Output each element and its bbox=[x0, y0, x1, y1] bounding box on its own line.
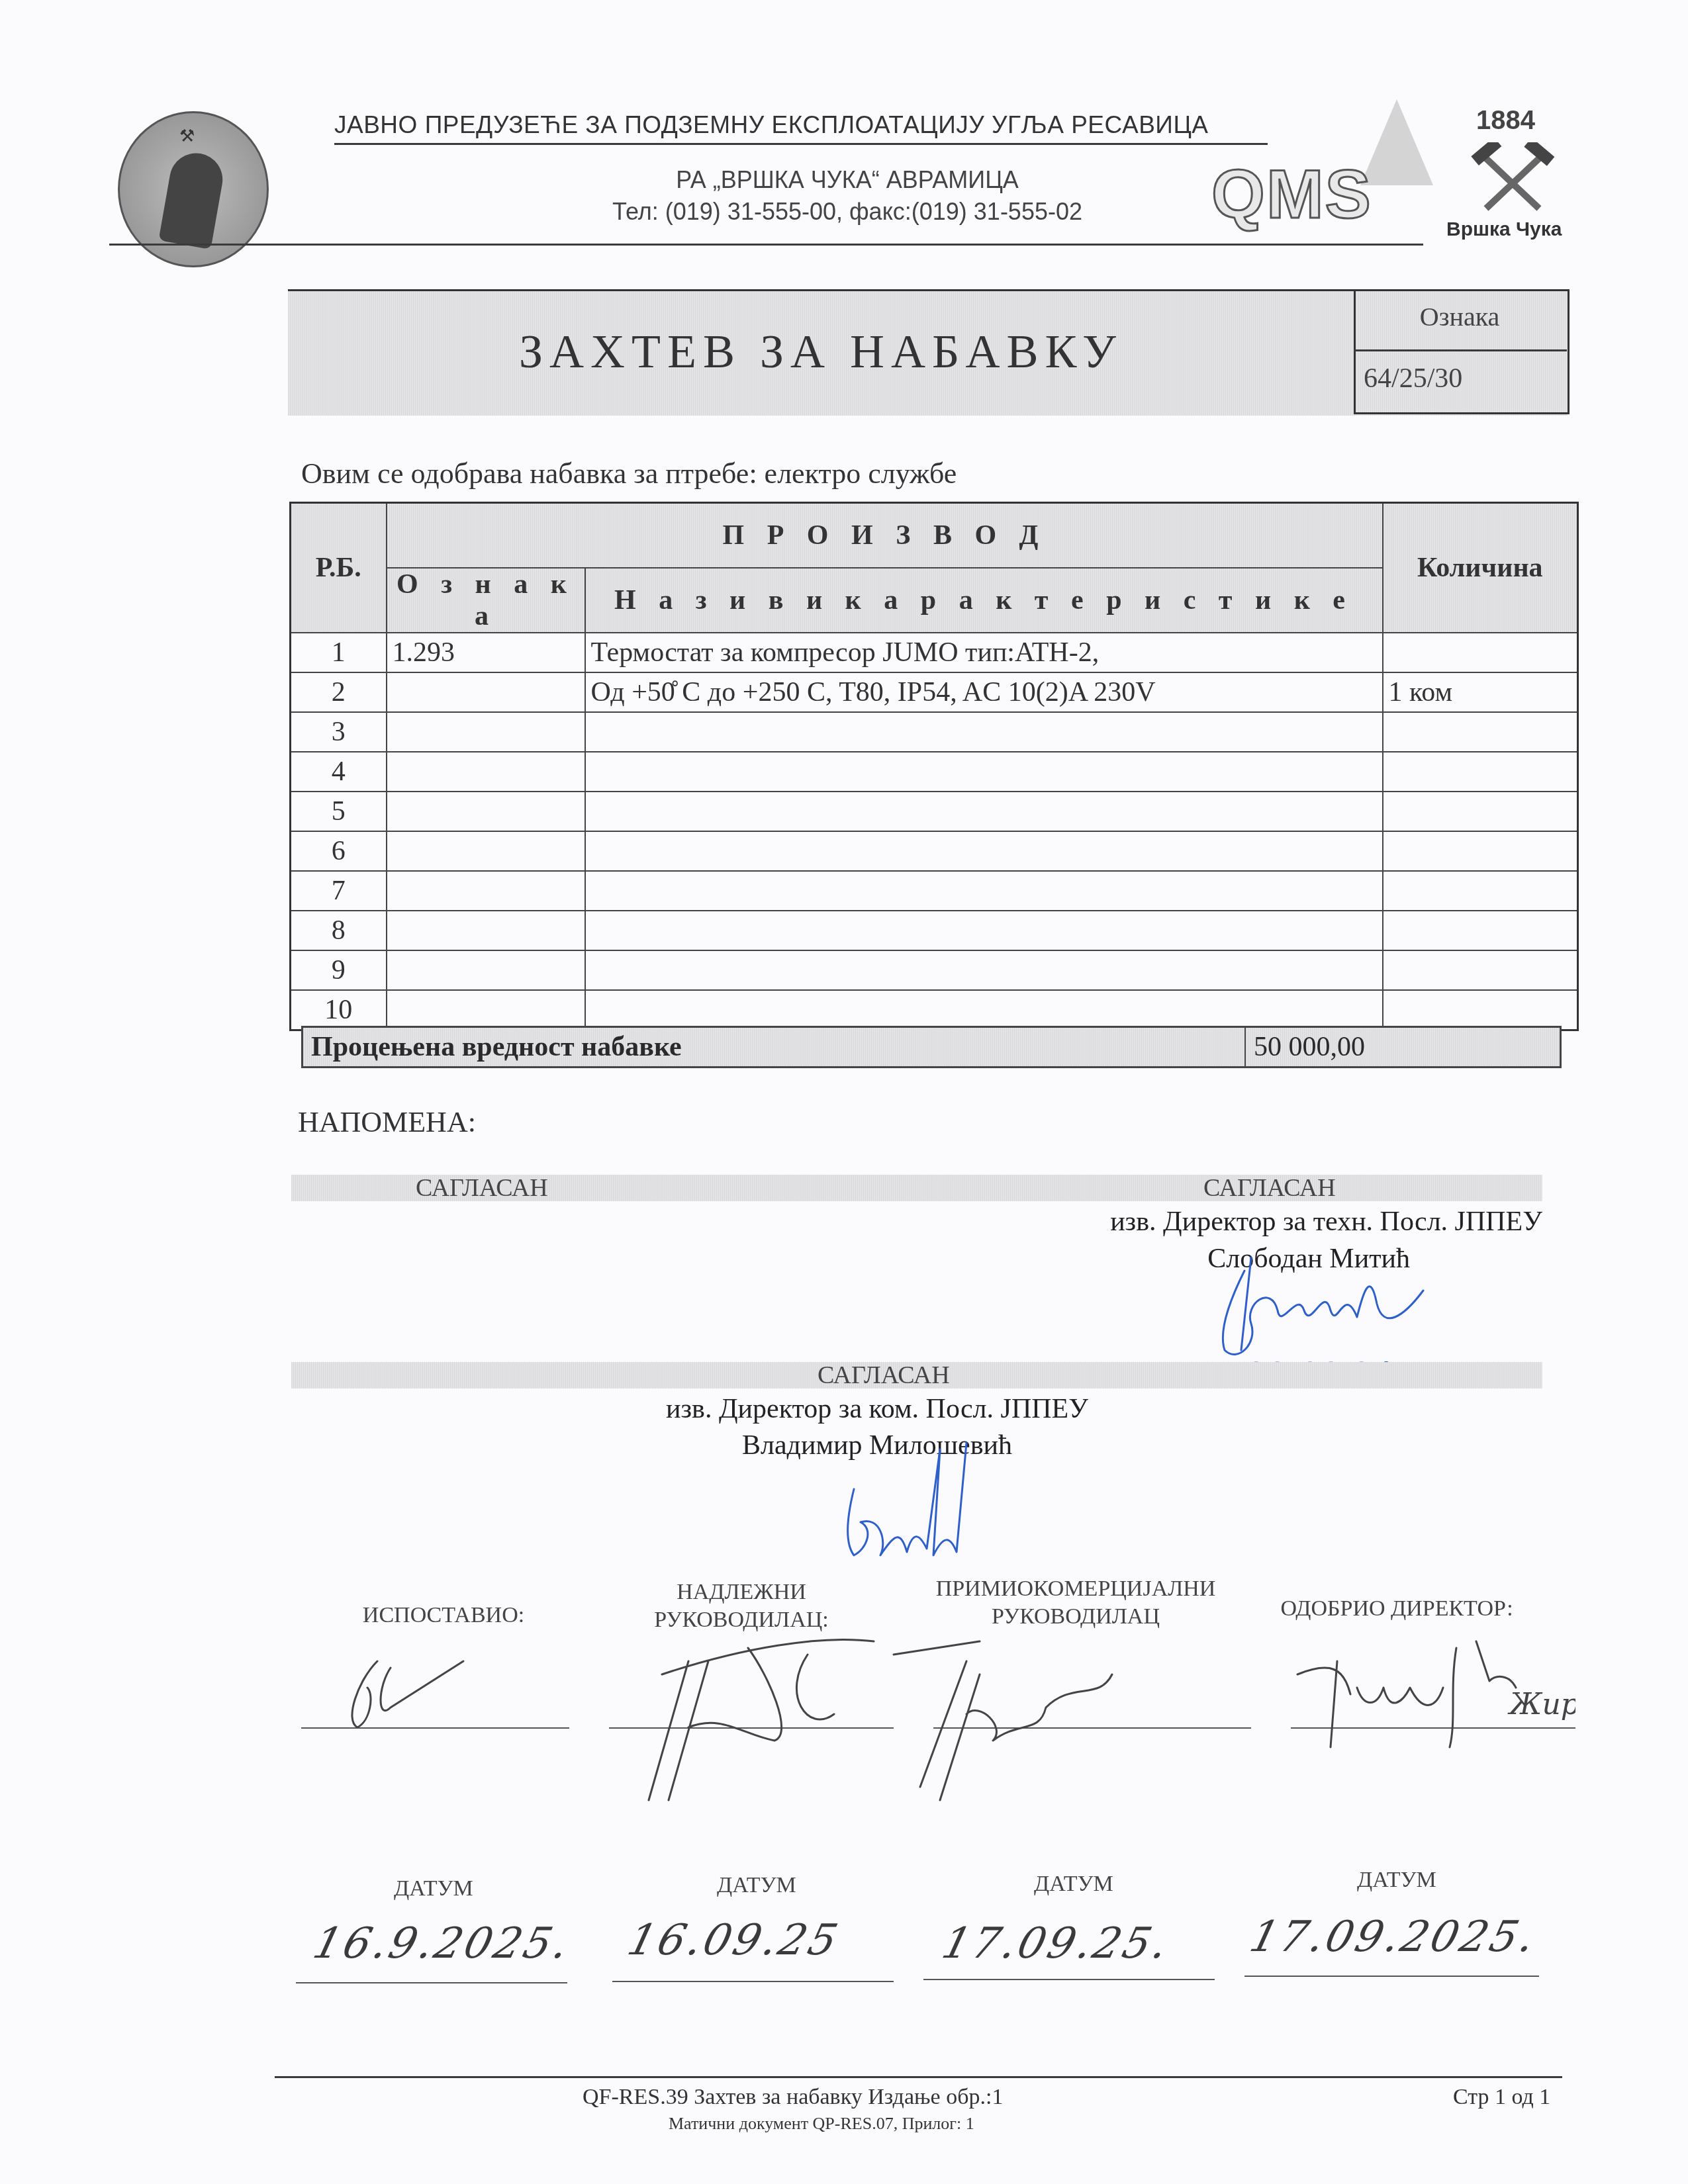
date-label-1: ДАТУМ bbox=[394, 1876, 473, 1901]
table-row: 6 bbox=[291, 831, 1578, 871]
commercial-label: ПРИМИОКОМЕРЦИЈАЛНИ РУКОВОДИЛАЦ bbox=[917, 1575, 1235, 1631]
manager-label-line1: НАДЛЕЖНИ bbox=[635, 1578, 847, 1606]
cell-name bbox=[585, 911, 1383, 950]
cell-rb: 6 bbox=[291, 831, 387, 871]
table-row: 11.293Термостат за компресор JUMO тип:AT… bbox=[291, 633, 1578, 672]
cell-rb: 7 bbox=[291, 871, 387, 911]
cell-code bbox=[387, 792, 585, 831]
header-code: О з н а к а bbox=[387, 568, 585, 633]
header-divider bbox=[109, 244, 1423, 246]
footer-doc-code: QF-RES.39 Захтев за набавку Издање обр.:… bbox=[583, 2085, 1003, 2110]
agree-right: САГЛАСАН bbox=[1203, 1173, 1336, 1203]
cell-qty bbox=[1383, 712, 1578, 752]
table-row: 8 bbox=[291, 911, 1578, 950]
cell-qty bbox=[1383, 792, 1578, 831]
table-row: 10 bbox=[291, 990, 1578, 1030]
date-line-3 bbox=[923, 1979, 1215, 1980]
date-line-2 bbox=[612, 1981, 894, 1982]
cell-qty bbox=[1383, 950, 1578, 990]
agree-left: САГЛАСАН bbox=[416, 1173, 548, 1203]
cell-code bbox=[387, 911, 585, 950]
company-underline bbox=[334, 143, 1268, 145]
cell-qty bbox=[1383, 871, 1578, 911]
cell-code bbox=[387, 950, 585, 990]
cell-name bbox=[585, 712, 1383, 752]
cell-qty bbox=[1383, 633, 1578, 672]
commercial-label-line2: РУКОВОДИЛАЦ bbox=[917, 1603, 1235, 1631]
manager-label-line2: РУКОВОДИЛАЦ: bbox=[635, 1606, 847, 1634]
intro-text: Овим се одобрава набавка за птребе: елек… bbox=[301, 457, 957, 490]
cell-rb: 10 bbox=[291, 990, 387, 1030]
qms-logo: QMS bbox=[1211, 156, 1372, 234]
cell-rb: 5 bbox=[291, 792, 387, 831]
table-row: 2Од +50̊ C до +250 C, T80, IP54, AC 10(2… bbox=[291, 672, 1578, 712]
header-rb: Р.Б. bbox=[291, 503, 387, 633]
footer-divider bbox=[275, 2076, 1562, 2078]
estimated-value-label: Процењена вредност набавке bbox=[303, 1028, 1246, 1066]
date-line-4 bbox=[1244, 1976, 1539, 1977]
date-line-1 bbox=[296, 1982, 567, 1983]
code-divider bbox=[1354, 349, 1567, 351]
cell-qty bbox=[1383, 831, 1578, 871]
cell-code bbox=[387, 831, 585, 871]
table-row: 5 bbox=[291, 792, 1578, 831]
header-product: П Р О И З В О Д bbox=[387, 503, 1383, 569]
cell-rb: 1 bbox=[291, 633, 387, 672]
cell-code bbox=[387, 672, 585, 712]
cell-name bbox=[585, 752, 1383, 792]
cell-qty bbox=[1383, 911, 1578, 950]
commercial-label-line1: ПРИМИОКОМЕРЦИЈАЛНИ bbox=[917, 1575, 1235, 1603]
cell-rb: 9 bbox=[291, 950, 387, 990]
manager-label: НАДЛЕЖНИ РУКОВОДИЛАЦ: bbox=[635, 1578, 847, 1634]
cell-code bbox=[387, 871, 585, 911]
date-value-3: 17.09.25. bbox=[937, 1919, 1176, 1968]
cell-code bbox=[387, 712, 585, 752]
table-row: 9 bbox=[291, 950, 1578, 990]
subsidiary-block: РА „ВРШКА ЧУКА“ АВРАМИЦА Тел: (019) 31-5… bbox=[516, 164, 1178, 228]
code-value: 64/25/30 bbox=[1357, 363, 1562, 394]
agree-center: САГЛАСАН bbox=[818, 1361, 950, 1390]
manager-commercial-signatures bbox=[609, 1635, 1258, 1807]
date-value-4: 17.09.2025. bbox=[1245, 1913, 1542, 1962]
subsidiary-name: РА „ВРШКА ЧУКА“ АВРАМИЦА bbox=[516, 164, 1178, 196]
cell-name bbox=[585, 990, 1383, 1030]
estimated-value-bar: Процењена вредност набавке 50 000,00 bbox=[301, 1026, 1562, 1068]
cell-qty bbox=[1383, 752, 1578, 792]
miner-emblem-icon: ⚒ bbox=[179, 126, 195, 146]
header-qty: Количина bbox=[1383, 503, 1578, 633]
table-row: 3 bbox=[291, 712, 1578, 752]
cell-code bbox=[387, 752, 585, 792]
cell-name bbox=[585, 792, 1383, 831]
date-label-3: ДАТУМ bbox=[1034, 1872, 1113, 1897]
cell-qty bbox=[1383, 990, 1578, 1030]
com-director-role: изв. Директор за ком. Посл. ЈППЕУ bbox=[530, 1393, 1225, 1425]
svg-text:Жиров, с.р.: Жиров, с.р. bbox=[1507, 1688, 1575, 1721]
date-label-2: ДАТУМ bbox=[717, 1873, 796, 1898]
issued-by-label: ИСПОСТАВИО: bbox=[338, 1602, 549, 1629]
cell-name: Од +50̊ C до +250 C, T80, IP54, AC 10(2)… bbox=[585, 672, 1383, 712]
estimated-value: 50 000,00 bbox=[1246, 1028, 1560, 1066]
logo-year: 1884 bbox=[1476, 106, 1535, 136]
company-name: ЈАВНО ПРЕДУЗЕЋЕ ЗА ПОДЗЕМНУ ЕКСПЛОАТАЦИЈ… bbox=[334, 111, 1208, 139]
cell-name: Термостат за компресор JUMO тип:ATH-2, bbox=[585, 633, 1383, 672]
date-label-4: ДАТУМ bbox=[1357, 1868, 1436, 1893]
note-label: НАПОМЕНА: bbox=[298, 1105, 476, 1139]
cell-name bbox=[585, 950, 1383, 990]
cell-rb: 3 bbox=[291, 712, 387, 752]
page-title: ЗАХТЕВ ЗА НАБАВКУ bbox=[288, 289, 1354, 414]
header-name: Н а з и в и к а р а к т е р и с т и к е bbox=[585, 568, 1383, 633]
director-signature: Жиров, с.р. bbox=[1258, 1621, 1575, 1754]
com-director-signature bbox=[834, 1436, 1033, 1588]
cell-rb: 2 bbox=[291, 672, 387, 712]
date-value-1: 16.9.2025. bbox=[308, 1919, 577, 1968]
miner-figure bbox=[158, 149, 226, 250]
page-number: Стр 1 од 1 bbox=[1453, 2085, 1550, 2110]
table-row: 4 bbox=[291, 752, 1578, 792]
cell-name bbox=[585, 831, 1383, 871]
cell-rb: 4 bbox=[291, 752, 387, 792]
cell-qty: 1 ком bbox=[1383, 672, 1578, 712]
cell-code: 1.293 bbox=[387, 633, 585, 672]
footer-parent-doc: Матични документ QP-RES.07, Прилог: 1 bbox=[669, 2114, 974, 2134]
contact-info: Тел: (019) 31-555-00, факс:(019) 31-555-… bbox=[516, 196, 1178, 228]
cell-code bbox=[387, 990, 585, 1030]
crossed-hammers-icon bbox=[1466, 142, 1559, 215]
logo-name: Вршка Чука bbox=[1446, 218, 1562, 241]
tech-director-role: изв. Директор за техн. Посл. ЈППЕУ bbox=[993, 1206, 1542, 1238]
cell-rb: 8 bbox=[291, 911, 387, 950]
items-table: Р.Б. П Р О И З В О Д Количина О з н а к … bbox=[289, 502, 1579, 1031]
code-label: Ознака bbox=[1354, 301, 1566, 332]
director-label: ОДОБРИО ДИРЕКТОР: bbox=[1244, 1595, 1549, 1623]
date-value-2: 16.09.25 bbox=[623, 1916, 845, 1965]
cell-name bbox=[585, 871, 1383, 911]
issued-by-signature bbox=[331, 1648, 530, 1741]
table-row: 7 bbox=[291, 871, 1578, 911]
